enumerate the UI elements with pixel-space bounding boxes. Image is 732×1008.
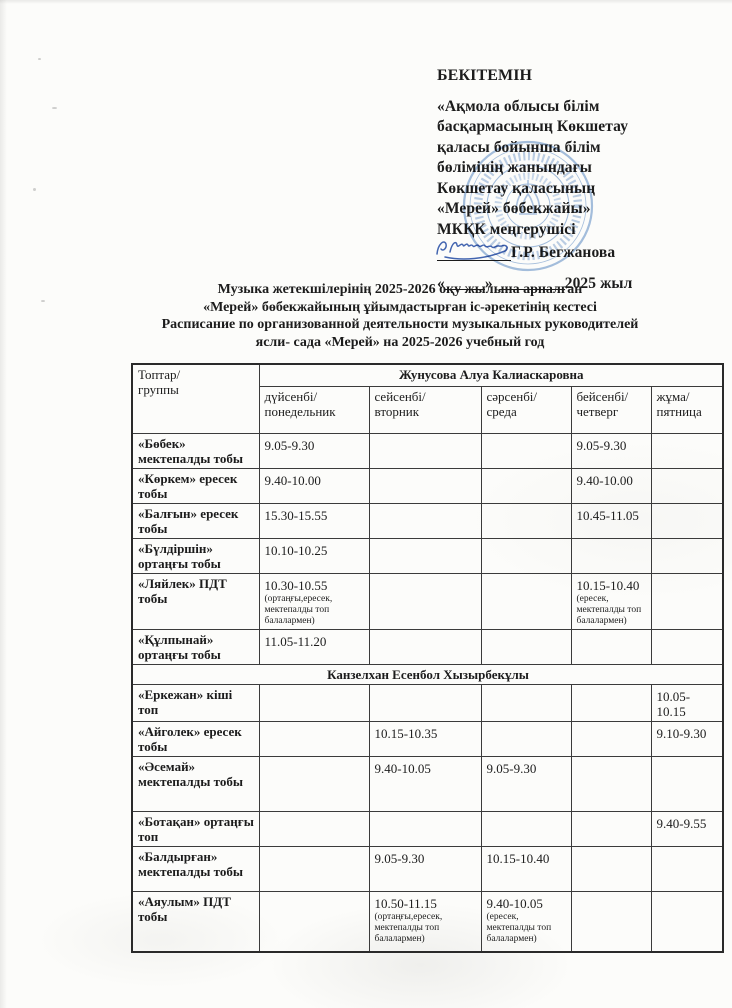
lesson-time: 9.05-9.30 xyxy=(487,759,567,776)
lesson-time: 10.10-10.25 xyxy=(265,541,365,558)
lesson-note: (ересек, мектепалды топ балалармен) xyxy=(487,912,567,945)
lesson-time: 9.40-9.55 xyxy=(657,814,719,831)
lesson-time: 9.40-10.05 xyxy=(375,759,477,776)
lesson-time: 10.30-10.55 xyxy=(265,576,365,593)
time-cell: 9.40-10.05(ересек, мектепалды топ балала… xyxy=(481,891,571,952)
time-cell xyxy=(369,433,481,468)
schedule-row: «Айголек» ересек тобы10.15-10.359.10-9.3… xyxy=(132,721,723,756)
lesson-time: 10.50-11.15 xyxy=(375,894,477,911)
time-cell xyxy=(651,573,723,629)
time-cell xyxy=(651,629,723,664)
group-name-cell: «Балдырған» мектепалды тобы xyxy=(132,846,259,891)
group-name-cell: «Әсемай» мектепалды тобы xyxy=(132,756,259,811)
time-cell: 10.30-10.55(ортаңғы,ересек, мектепалды т… xyxy=(259,573,369,629)
time-cell xyxy=(481,433,571,468)
day-header-cell: жұма/пятница xyxy=(651,386,723,433)
time-cell xyxy=(571,756,651,811)
time-cell xyxy=(571,846,651,891)
time-cell xyxy=(571,721,651,756)
time-cell: 10.50-11.15(ортаңғы,ересек, мектепалды т… xyxy=(369,891,481,952)
approval-line: Көкшетау қаласының xyxy=(437,179,713,200)
table-header-row: Топтар/группыЖунусова Алуа Калиаскаровна xyxy=(132,364,723,386)
time-cell xyxy=(651,846,723,891)
document-title: Музыка жетекшілерінің 2025-2026 оқу жылы… xyxy=(70,281,730,351)
time-cell: 9.10-9.30 xyxy=(651,721,723,756)
time-cell xyxy=(369,503,481,538)
time-cell: 10.10-10.25 xyxy=(259,538,369,573)
day-header-cell: дүйсенбі/понедельник xyxy=(259,386,369,433)
lesson-note: (ортаңғы,ересек, мектепалды топ балаларм… xyxy=(265,594,365,627)
lesson-note: (ортаңғы,ересек, мектепалды топ балаларм… xyxy=(375,912,477,945)
schedule-row: «Еркежан» кіші топ10.05-10.15 xyxy=(132,684,723,721)
lesson-time: 10.15-10.35 xyxy=(375,724,477,741)
time-cell: 9.40-10.05 xyxy=(369,756,481,811)
time-cell xyxy=(481,468,571,503)
scan-speck xyxy=(52,107,57,109)
time-cell xyxy=(481,811,571,846)
approval-heading: БЕКІТЕМІН xyxy=(437,66,713,87)
time-cell: 9.40-10.00 xyxy=(259,468,369,503)
corner-line: Топтар/ xyxy=(138,367,255,382)
schedule-row: «Ботақан» ортаңғы топ9.40-9.55 xyxy=(132,811,723,846)
time-cell: 9.05-9.30 xyxy=(369,846,481,891)
group-name-cell: «Ботақан» ортаңғы топ xyxy=(132,811,259,846)
teacher-name-cell: Жунусова Алуа Калиаскаровна xyxy=(259,364,723,386)
time-cell xyxy=(571,891,651,952)
time-cell xyxy=(481,573,571,629)
lesson-time: 10.05-10.15 xyxy=(657,687,719,719)
time-cell xyxy=(481,538,571,573)
teacher-name-cell: Канзелхан Есенбол Хызырбекұлы xyxy=(132,664,723,684)
lesson-time: 9.40-10.00 xyxy=(577,471,647,488)
schedule-row: «Құлпынай» ортаңғы тобы11.05-11.20 xyxy=(132,629,723,664)
day-label-ru: среда xyxy=(487,404,567,419)
time-cell xyxy=(481,721,571,756)
day-label-ru: вторник xyxy=(375,404,477,419)
time-cell xyxy=(481,684,571,721)
corner-header-cell: Топтар/группы xyxy=(132,364,259,433)
time-cell xyxy=(369,468,481,503)
time-cell xyxy=(571,811,651,846)
time-cell xyxy=(481,629,571,664)
time-cell xyxy=(651,433,723,468)
lesson-time: 9.05-9.30 xyxy=(265,436,365,453)
day-label-kk: жұма/ xyxy=(657,389,719,404)
section-header-row: Канзелхан Есенбол Хызырбекұлы xyxy=(132,664,723,684)
time-cell: 10.15-10.35 xyxy=(369,721,481,756)
approval-block: БЕКІТЕМІН «Ақмола облысы білім басқармас… xyxy=(437,66,713,295)
day-header-cell: бейсенбі/четверг xyxy=(571,386,651,433)
group-name-cell: «Ляйлек» ПДТ тобы xyxy=(132,573,259,629)
time-cell: 9.05-9.30 xyxy=(259,433,369,468)
group-name-cell: «Көркем» ересек тобы xyxy=(132,468,259,503)
group-name-cell: «Бөбек» мектепалды тобы xyxy=(132,433,259,468)
time-cell xyxy=(369,629,481,664)
time-cell: 9.05-9.30 xyxy=(481,756,571,811)
time-cell xyxy=(571,629,651,664)
lesson-time: 10.15-10.40 xyxy=(487,849,567,866)
approval-line: «Мерей» бөбекжайы» xyxy=(437,199,713,220)
group-name-cell: «Бүлдіршін» ортаңғы тобы xyxy=(132,538,259,573)
time-cell: 15.30-15.55 xyxy=(259,503,369,538)
day-label-kk: бейсенбі/ xyxy=(577,389,647,404)
time-cell xyxy=(259,721,369,756)
schedule-row: «Бөбек» мектепалды тобы9.05-9.309.05-9.3… xyxy=(132,433,723,468)
lesson-time: 9.05-9.30 xyxy=(375,849,477,866)
signature-line xyxy=(437,242,511,261)
time-cell xyxy=(259,811,369,846)
time-cell xyxy=(369,811,481,846)
day-label-kk: сәрсенбі/ xyxy=(487,389,567,404)
approval-line: қаласы бойынша білім xyxy=(437,138,713,159)
time-cell: 10.15-10.40 xyxy=(481,846,571,891)
time-cell xyxy=(571,684,651,721)
title-line: Расписание по организованной деятельност… xyxy=(70,316,730,334)
schedule-row: «Балдырған» мектепалды тобы9.05-9.3010.1… xyxy=(132,846,723,891)
schedule-row: «Аяулым» ПДТ тобы10.50-11.15(ортаңғы,ере… xyxy=(132,891,723,952)
group-name-cell: «Балғын» ересек тобы xyxy=(132,503,259,538)
scan-speck xyxy=(33,188,36,191)
lesson-time: 11.05-11.20 xyxy=(265,632,365,649)
schedule-row: «Бүлдіршін» ортаңғы тобы10.10-10.25 xyxy=(132,538,723,573)
time-cell xyxy=(259,846,369,891)
time-cell xyxy=(651,891,723,952)
signature-row: Г.Р. Бегжанова xyxy=(437,242,713,268)
lesson-time: 15.30-15.55 xyxy=(265,506,365,523)
title-line: «Мерей» бөбекжайының ұйымдастырған іс-әр… xyxy=(70,299,730,317)
lesson-time: 9.05-9.30 xyxy=(577,436,647,453)
day-label-kk: дүйсенбі/ xyxy=(265,389,365,404)
schedule-row: «Балғын» ересек тобы15.30-15.5510.45-11.… xyxy=(132,503,723,538)
schedule-row: «Әсемай» мектепалды тобы9.40-10.059.05-9… xyxy=(132,756,723,811)
lesson-time: 10.45-11.05 xyxy=(577,506,647,523)
time-cell xyxy=(651,503,723,538)
corner-line: группы xyxy=(138,382,255,397)
approval-line: «Ақмола облысы білім xyxy=(437,97,713,118)
lesson-time: 9.10-9.30 xyxy=(657,724,719,741)
time-cell xyxy=(651,756,723,811)
signer-name: Г.Р. Бегжанова xyxy=(511,244,615,261)
group-name-cell: «Аяулым» ПДТ тобы xyxy=(132,891,259,952)
schedule-row: «Ляйлек» ПДТ тобы10.30-10.55(ортаңғы,ере… xyxy=(132,573,723,629)
approval-line: басқармасының Көкшетау xyxy=(437,117,713,138)
lesson-time: 9.40-10.05 xyxy=(487,894,567,911)
time-cell: 10.45-11.05 xyxy=(571,503,651,538)
time-cell xyxy=(259,684,369,721)
time-cell xyxy=(369,538,481,573)
time-cell: 9.40-9.55 xyxy=(651,811,723,846)
time-cell: 10.05-10.15 xyxy=(651,684,723,721)
schedule-row: «Көркем» ересек тобы9.40-10.009.40-10.00 xyxy=(132,468,723,503)
day-label-ru: четверг xyxy=(577,404,647,419)
approval-line: бөлімінің жанындағы xyxy=(437,158,713,179)
group-name-cell: «Құлпынай» ортаңғы тобы xyxy=(132,629,259,664)
time-cell: 10.15-10.40(ересек, мектепалды топ балал… xyxy=(571,573,651,629)
scanned-page: БЕКІТЕМІН «Ақмола облысы білім басқармас… xyxy=(0,0,732,1008)
lesson-time: 10.15-10.40 xyxy=(577,576,647,593)
scan-speck xyxy=(41,300,45,302)
signature-scribble xyxy=(433,234,519,264)
group-name-cell: «Айголек» ересек тобы xyxy=(132,721,259,756)
day-label-ru: понедельник xyxy=(265,404,365,419)
title-line: ясли- сада «Мерей» на 2025-2026 учебный … xyxy=(70,334,730,352)
time-cell xyxy=(481,503,571,538)
time-cell xyxy=(259,756,369,811)
time-cell xyxy=(369,573,481,629)
time-cell xyxy=(651,468,723,503)
day-header-cell: сәрсенбі/среда xyxy=(481,386,571,433)
scan-speck xyxy=(38,58,41,60)
time-cell xyxy=(259,891,369,952)
title-line: Музыка жетекшілерінің 2025-2026 оқу жылы… xyxy=(70,281,730,299)
day-label-ru: пятница xyxy=(657,404,719,419)
schedule-table: Топтар/группыЖунусова Алуа Калиаскаровна… xyxy=(131,363,724,953)
day-header-cell: сейсенбі/вторник xyxy=(369,386,481,433)
time-cell xyxy=(571,538,651,573)
time-cell xyxy=(369,684,481,721)
group-name-cell: «Еркежан» кіші топ xyxy=(132,684,259,721)
time-cell: 9.05-9.30 xyxy=(571,433,651,468)
time-cell: 11.05-11.20 xyxy=(259,629,369,664)
lesson-time: 9.40-10.00 xyxy=(265,471,365,488)
time-cell: 9.40-10.00 xyxy=(571,468,651,503)
time-cell xyxy=(651,538,723,573)
lesson-note: (ересек, мектепалды топ балалармен) xyxy=(577,594,647,627)
day-label-kk: сейсенбі/ xyxy=(375,389,477,404)
